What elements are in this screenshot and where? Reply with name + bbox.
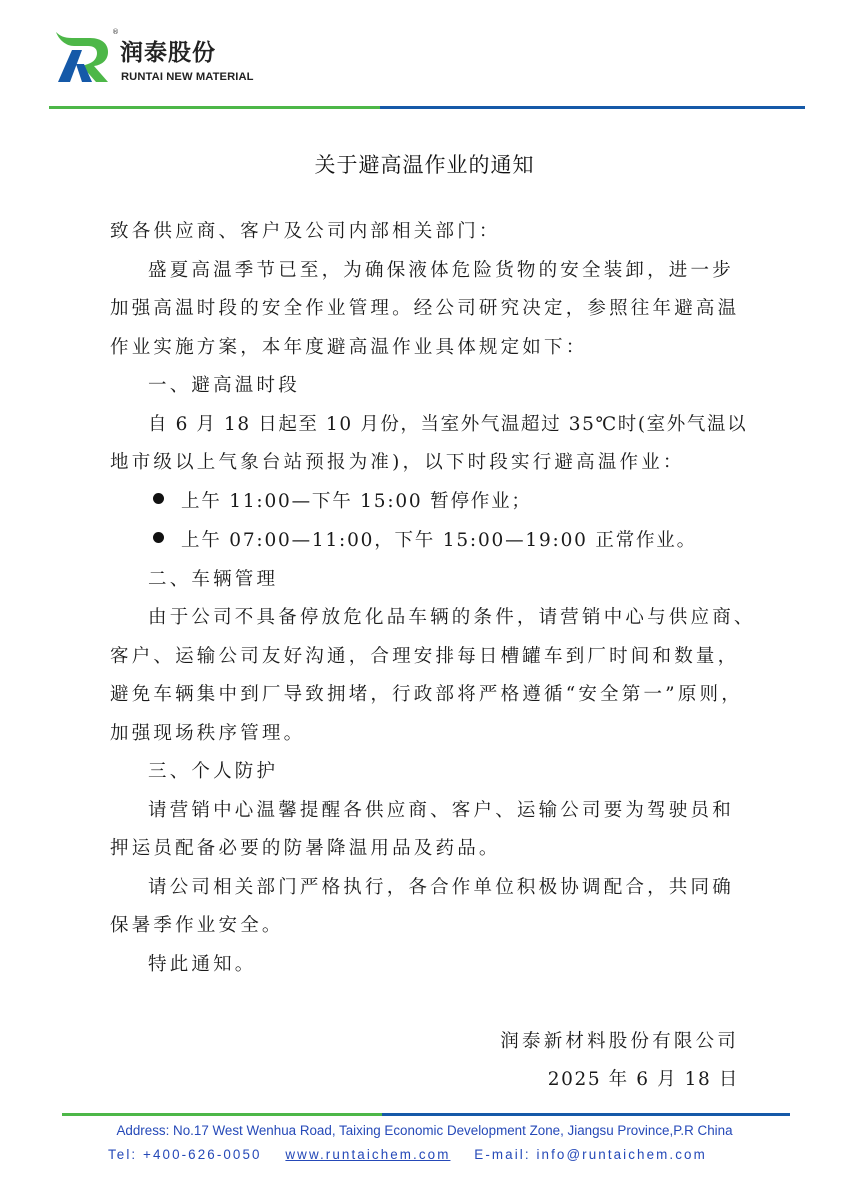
paragraph-line: 避免车辆集中到厂导致拥堵，行政部将严格遵循“安全第一”原则， [110,680,743,706]
closing-line: 特此通知。 [148,950,257,976]
bullet-icon [153,493,164,504]
salutation: 致各供应商、客户及公司内部相关部门： [110,217,501,243]
paragraph-line: 请营销中心温馨提醒各供应商、客户、运输公司要为驾驶员和 [148,796,734,822]
registered-mark: ® [112,28,119,36]
footer-divider-green [62,1113,382,1116]
footer-contact: Tel: +400-626-0050 www.runtaichem.com E-… [108,1147,707,1162]
section-heading-1: 一、避高温时段 [148,371,300,397]
bullet-icon [153,532,164,543]
paragraph-line: 押运员配备必要的防暑降温用品及药品。 [110,834,501,860]
footer-email[interactable]: E-mail: info@runtaichem.com [474,1147,707,1162]
brand-name-en: RUNTAI NEW MATERIAL [121,71,254,83]
paragraph-line: 盛夏高温季节已至，为确保液体危险货物的安全装卸，进一步 [148,256,734,282]
signature-company: 润泰新材料股份有限公司 [500,1027,739,1053]
footer-tel: Tel: +400-626-0050 [108,1147,262,1162]
footer-divider-blue [382,1113,790,1116]
brand-name-cn: 润泰股份 [120,40,216,66]
paragraph-line: 客户、运输公司友好沟通，合理安排每日槽罐车到厂时间和数量， [110,642,739,668]
paragraph-line: 地市级以上气象台站预报为准)，以下时段实行避高温作业： [110,448,685,474]
signature-date: 2025 年 6 月 18 日 [548,1065,739,1091]
footer-website-link[interactable]: www.runtaichem.com [285,1147,450,1162]
paragraph-line: 作业实施方案，本年度避高温作业具体规定如下： [110,333,587,359]
paragraph-line: 加强现场秩序管理。 [110,719,305,745]
bullet-item: 上午 11:00—下午 15:00 暂停作业； [181,487,532,513]
header-divider-blue [380,106,805,109]
header-divider-green [49,106,380,109]
section-heading-2: 二、车辆管理 [148,565,278,591]
paragraph-line: 保暑季作业安全。 [110,911,284,937]
paragraph-line: 加强高温时段的安全作业管理。经公司研究决定，参照往年避高温 [110,294,739,320]
paragraph-line: 自 6 月 18 日起至 10 月份，当室外气温超过 35℃时(室外气温以 [148,410,747,436]
paragraph-line: 请公司相关部门严格执行，各合作单位积极协调配合，共同确 [148,873,734,899]
bullet-item: 上午 07:00—11:00，下午 15:00—19:00 正常作业。 [181,526,697,552]
runtai-logo-icon [54,30,112,82]
section-heading-3: 三、个人防护 [148,757,278,783]
footer-address: Address: No.17 West Wenhua Road, Taixing… [0,1123,849,1138]
document-page: ® 润泰股份 RUNTAI NEW MATERIAL 关于避高温作业的通知 致各… [0,0,849,1200]
paragraph-line: 由于公司不具备停放危化品车辆的条件，请营销中心与供应商、 [148,603,756,629]
document-title: 关于避高温作业的通知 [0,149,849,179]
